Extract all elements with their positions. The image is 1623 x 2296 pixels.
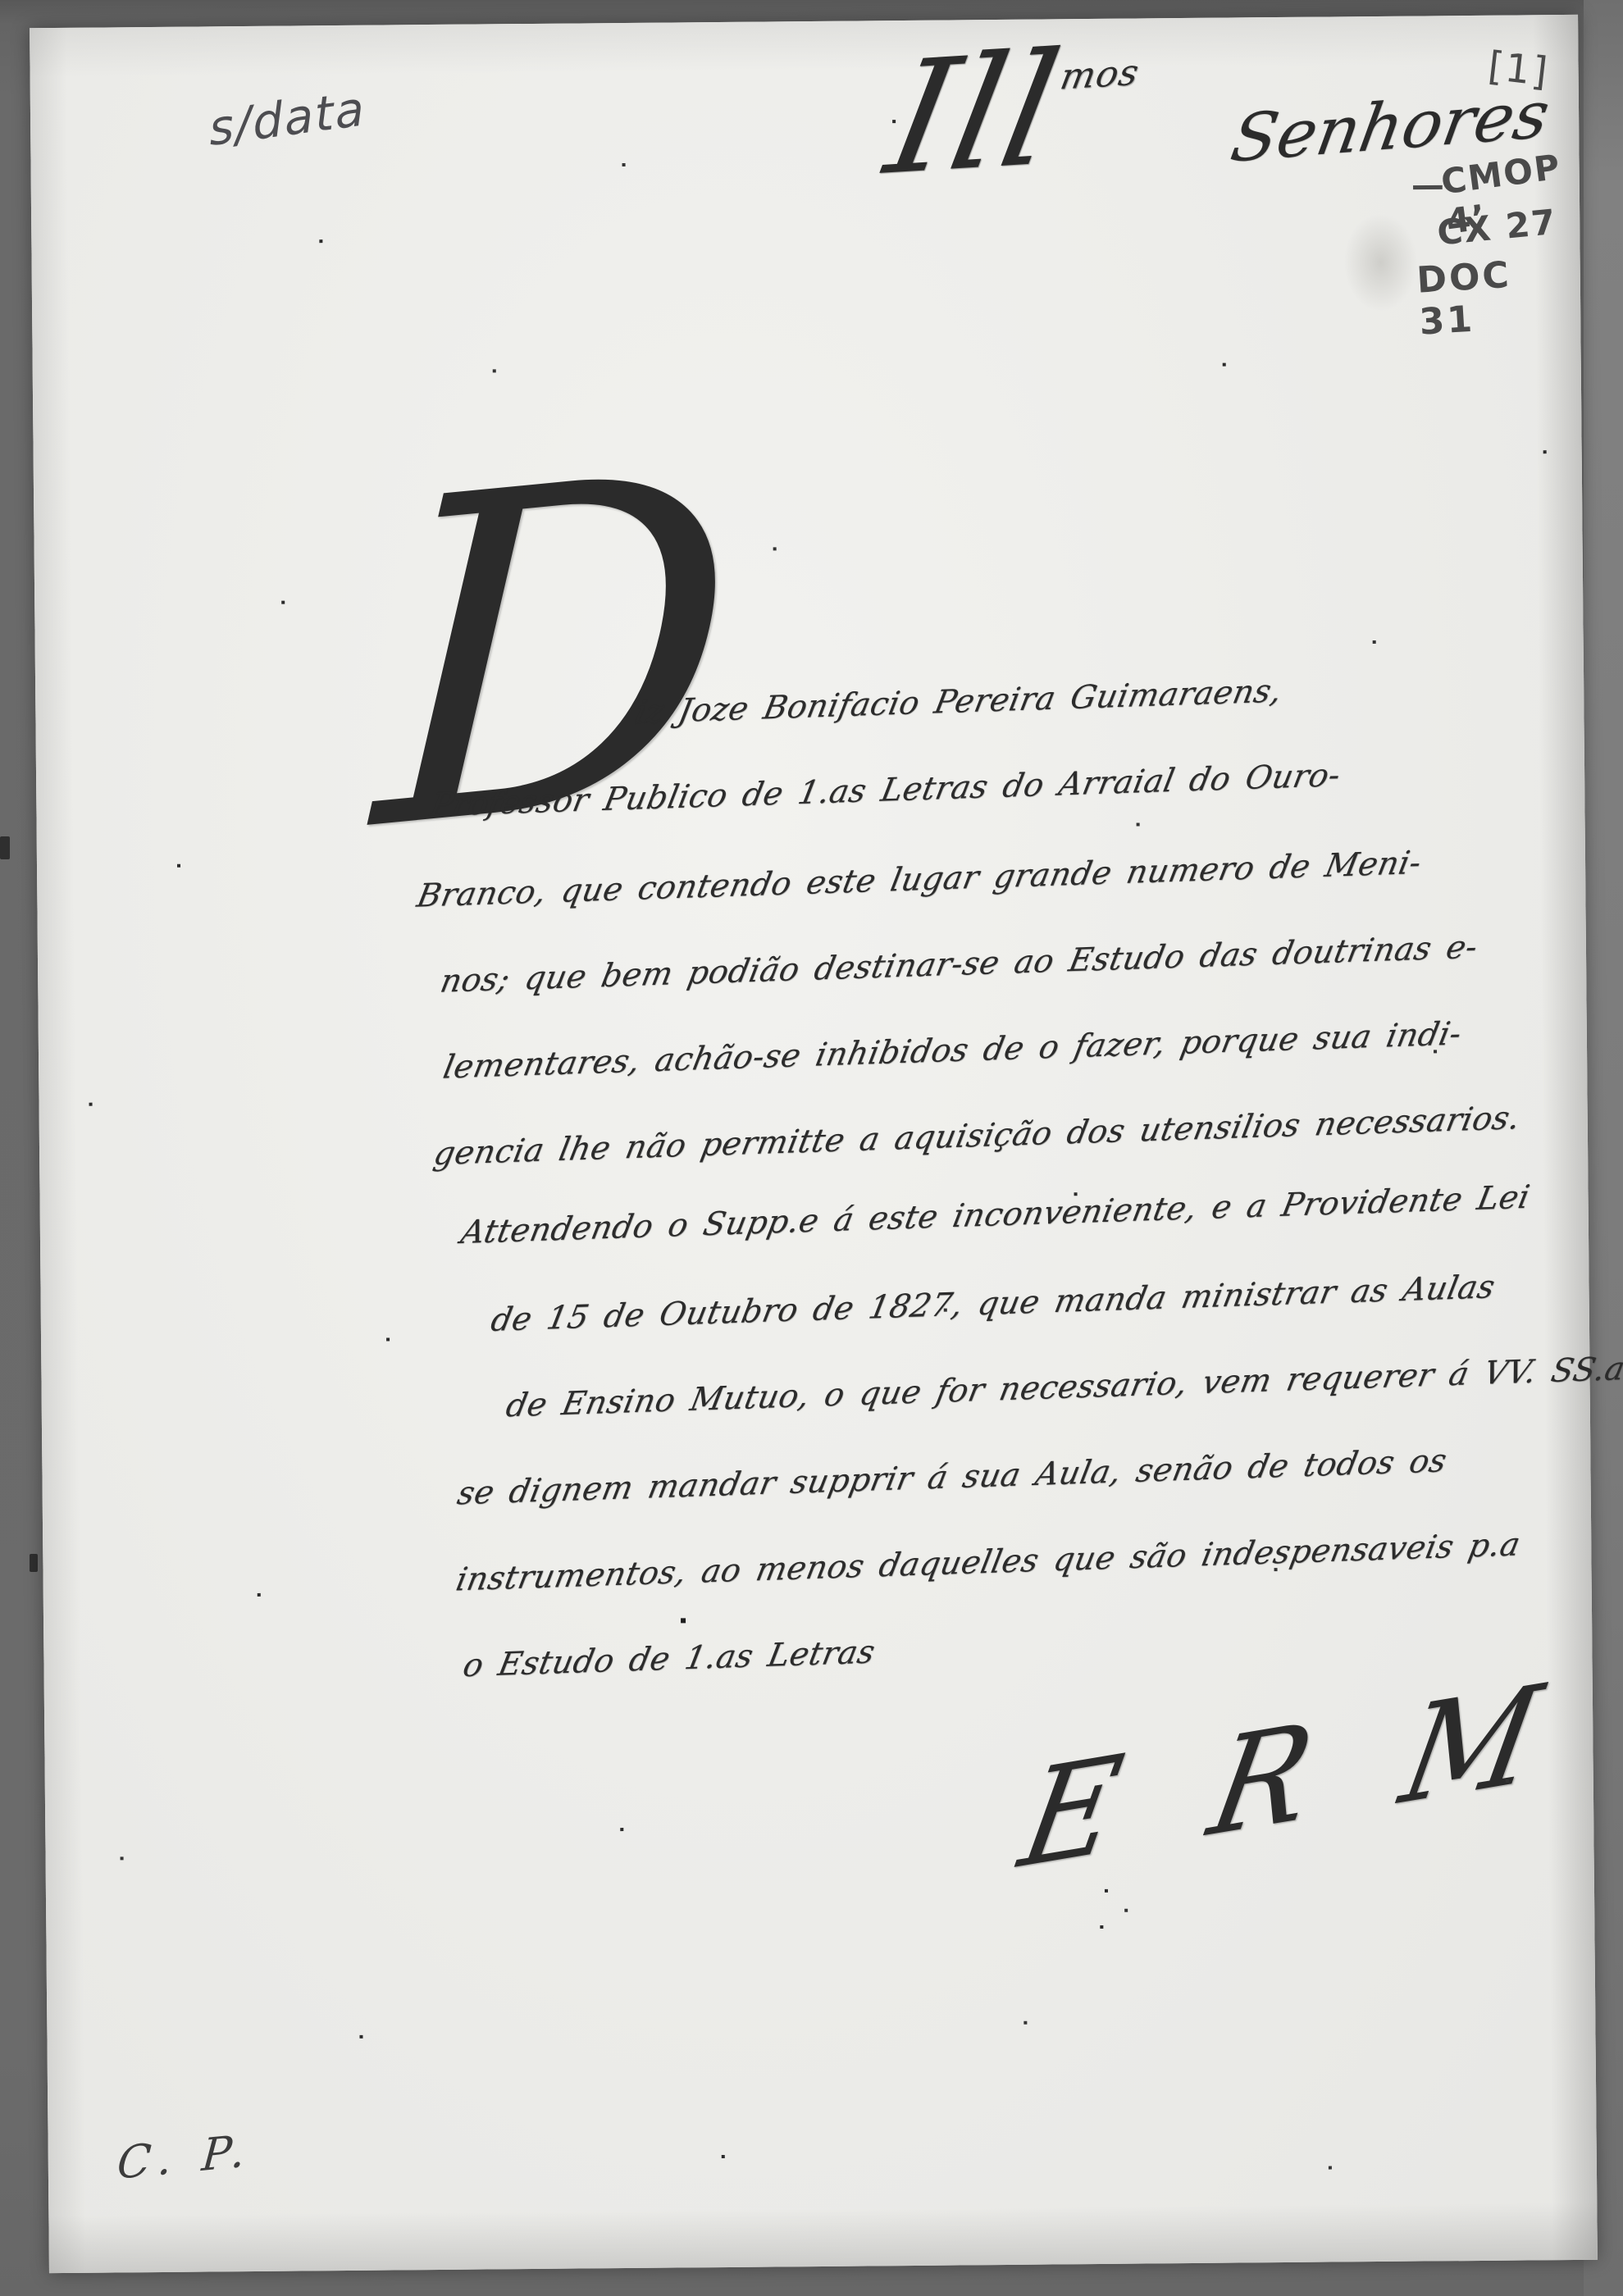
letter-line: iz Joze Bonifacio Pereira Guimaraens, [631, 672, 1285, 731]
scan-edge-artifact [30, 1554, 38, 1572]
letter-line: nos; que bem podião destinar-se ao Estud… [437, 929, 1480, 1000]
scan-edge-artifact [0, 836, 10, 859]
letter-body: iz Joze Bonifacio Pereira Guimaraens, Pr… [2, 0, 1623, 2282]
manuscript-page: s/data Illmos Senhores [1] — CMOP 4’ CX … [30, 15, 1598, 2273]
letter-line: instrumentos, ao menos daquelles que são… [453, 1526, 1523, 1598]
letter-line: de Ensino Mutuo, o que for necessario, v… [503, 1350, 1623, 1424]
letter-line: o Estudo de 1.as Letras [460, 1633, 878, 1684]
letter-line: se dignem mandar supprir á sua Aula, sen… [454, 1442, 1450, 1512]
dust-specks [30, 28, 31, 30]
letter-line: Attendendo o Supp.e á este inconveniente… [458, 1179, 1533, 1252]
letter-line: Professor Publico de 1.as Letras do Arra… [427, 757, 1343, 824]
letter-line: lementares, achão-se inhibidos de o faze… [440, 1015, 1465, 1086]
scanner-bed-background: s/data Illmos Senhores [1] — CMOP 4’ CX … [0, 0, 1623, 2296]
letter-line: gencia lhe não permitte a aquisição dos … [431, 1100, 1524, 1173]
letter-line: Branco, que contendo este lugar grande n… [414, 845, 1425, 915]
letter-line: de 15 de Outubro de 1827, que manda mini… [488, 1269, 1498, 1339]
